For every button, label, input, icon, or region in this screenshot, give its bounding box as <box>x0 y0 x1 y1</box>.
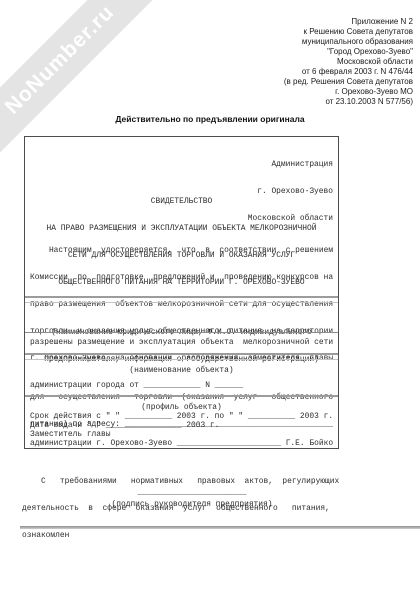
fill-in-rule <box>25 296 338 298</box>
reference-header: Приложение N 2 к Решению Совета депутато… <box>284 17 413 107</box>
footer-signature-blank: _______________________ <box>22 488 362 497</box>
reference-line: (в ред. Решения Совета депутатов <box>284 77 413 87</box>
reference-line: к Решению Совета депутатов <box>284 27 413 37</box>
reference-line: Московской области <box>284 57 413 67</box>
footer-signature-caption: (подпись руководителя предприятия) <box>22 500 362 509</box>
body-line: Настоящим удостоверяется, что в соответс… <box>30 246 333 255</box>
body-line: Комиссии по подготовке предложений и про… <box>30 273 333 282</box>
reference-line: "Город Орехово-Зуево" <box>284 47 413 57</box>
title-line: СВИДЕТЕЛЬСТВО <box>30 197 333 206</box>
reference-line: от 23.10.2003 N 577/56) <box>284 97 413 107</box>
reference-line: муниципального образования <box>284 37 413 47</box>
permission-line: разрешены размещение и эксплуатация объе… <box>30 338 333 347</box>
bottom-divider <box>20 526 420 529</box>
fill-in-rule <box>25 353 338 355</box>
document-page: NoNumber.ru Приложение N 2 к Решению Сов… <box>0 0 420 600</box>
acknowledgement-line: ознакомлен <box>22 531 362 540</box>
validity-period-line: Срок действия с " " __________ 2003 г. п… <box>30 412 333 421</box>
fill-in-rule <box>25 302 338 303</box>
watermark-banner: NoNumber.ru <box>0 0 158 158</box>
reference-line: Приложение N 2 <box>284 17 413 27</box>
issue-date-line: Дата выдачи " " ________________ 2003 г. <box>30 421 333 430</box>
signer-title-line: Заместитель главы <box>30 430 333 439</box>
object-caption: (наименование объекта) <box>30 366 333 375</box>
reference-line: от 6 февраля 2003 г. N 476/44 <box>284 67 413 77</box>
fill-in-rule <box>25 332 338 333</box>
validity-notice: Действительно по предъявлении оригинала <box>0 114 420 124</box>
issuer-line: Администрация <box>30 160 333 169</box>
fill-in-rule <box>25 359 338 360</box>
acknowledgement-line: С требованиями нормативных правовых акто… <box>22 477 362 486</box>
reference-line: г. Орехово-Зуево МО <box>284 87 413 97</box>
signer-signature-line: администрации г. Орехово-Зуево _________… <box>30 439 333 448</box>
fill-in-rule <box>25 395 338 397</box>
watermark-text: NoNumber.ru <box>1 1 120 120</box>
profile-caption: (профиль объекта) <box>30 403 333 412</box>
certificate-box: Администрация г. Орехово-Зуево Московско… <box>24 136 339 449</box>
